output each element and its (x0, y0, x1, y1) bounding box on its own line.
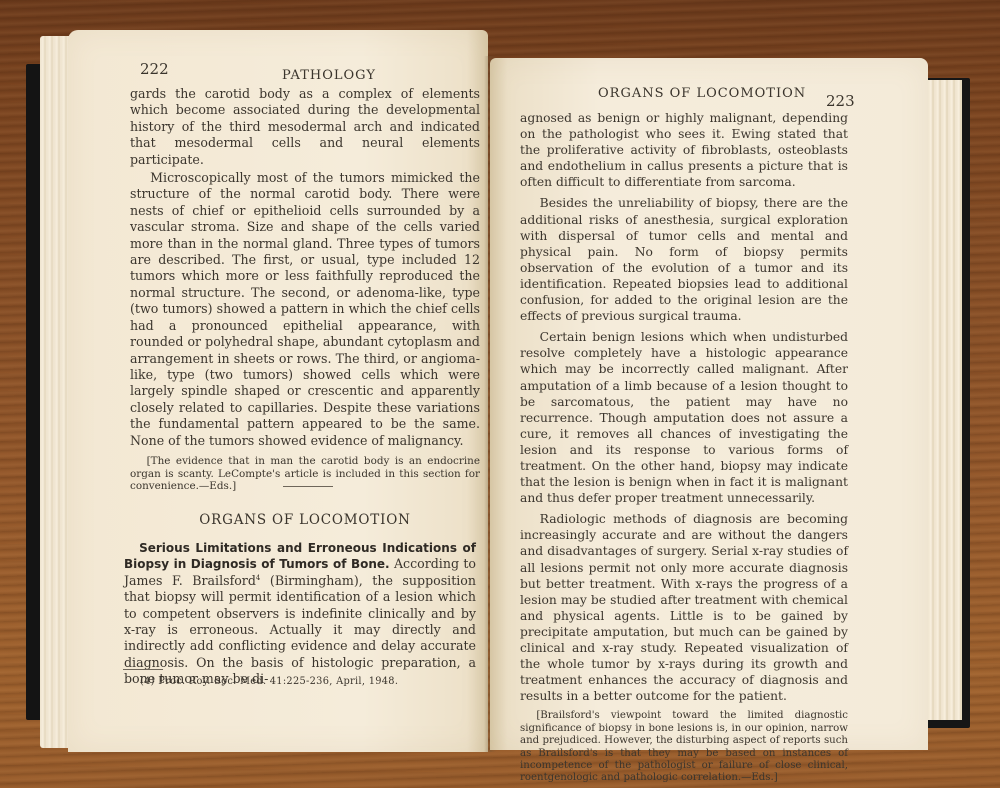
footnote-reference: 4 (256, 574, 260, 582)
footnote: (4) Proc. Roy. Soc. Med. 41:225-236, Apr… (140, 676, 398, 687)
left-running-head: PATHOLOGY (282, 68, 376, 83)
paragraph: Microscopically most of the tumors mimic… (130, 170, 480, 449)
paragraph: Besides the unreliability of biopsy, the… (520, 195, 848, 324)
editor-note: [The evidence that in man the carotid bo… (130, 455, 480, 493)
section-divider (283, 486, 333, 487)
paragraph: gards the carotid body as a complex of e… (130, 86, 480, 168)
left-page-number: 222 (140, 60, 169, 78)
paragraph: Certain benign lesions which when undist… (520, 329, 848, 506)
right-page-number: 223 (826, 92, 855, 110)
section-title: ORGANS OF LOCOMOTION (130, 512, 480, 528)
article-body: Serious Limitations and Erroneous Indica… (124, 540, 476, 688)
article-text-continued: (Birmingham), the supposition that biops… (124, 573, 476, 686)
editor-note: [Brailsford's viewpoint toward the limit… (520, 710, 848, 784)
paragraph: Radiologic methods of diagnosis are beco… (520, 511, 848, 704)
paragraph: agnosed as benign or highly malignant, d… (520, 110, 848, 190)
right-running-head: ORGANS OF LOCOMOTION (598, 86, 806, 101)
article-paragraph: Serious Limitations and Erroneous Indica… (124, 540, 476, 688)
footnote-rule (123, 669, 163, 670)
right-page-body: agnosed as benign or highly malignant, d… (520, 110, 848, 785)
left-page-body: gards the carotid body as a complex of e… (130, 86, 480, 493)
